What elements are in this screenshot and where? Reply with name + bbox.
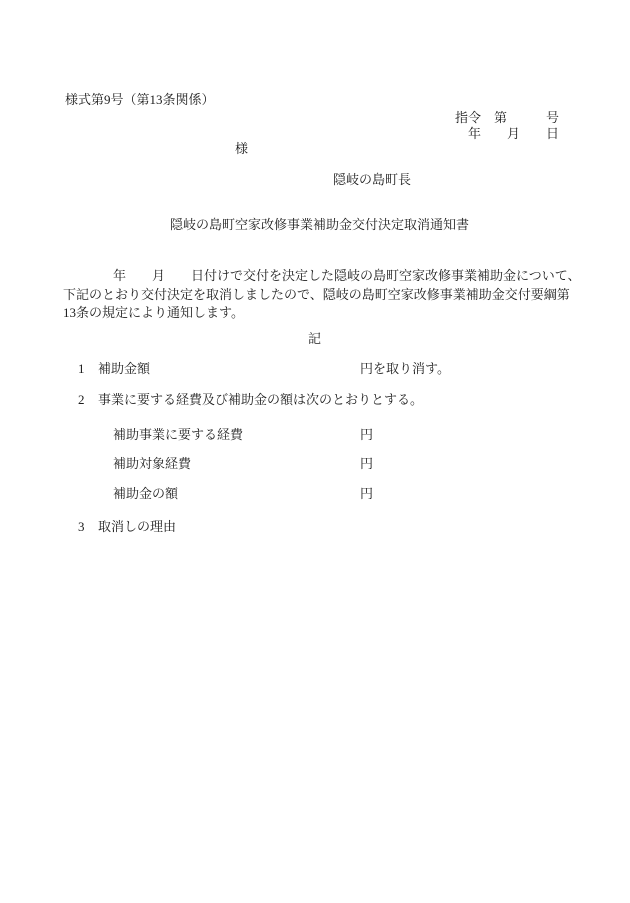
document-page: 様式第9号（第13条関係） 指令 第 号 年 月 日 様 隠岐の島町長 隠岐の島… xyxy=(0,0,630,903)
item-1-amount-suffix: 円を取り消す。 xyxy=(360,362,450,375)
expense-row-subsidy-amount: 補助金の額 円 xyxy=(0,487,630,502)
expense-row-yen-unit: 円 xyxy=(360,428,373,441)
body-paragraph-line-3: 13条の規定により通知します。 xyxy=(63,306,244,319)
expense-row-label: 補助対象経費 xyxy=(113,457,191,470)
expense-row-label: 補助事業に要する経費 xyxy=(113,428,243,441)
addressee-honorific: 様 xyxy=(235,142,248,155)
item-3-cancellation-reason: 3 取消しの理由 xyxy=(0,520,630,535)
body-paragraph-line-1: 年 月 日付けで交付を決定した隠岐の島町空家改修事業補助金について、 xyxy=(113,269,580,282)
sender-title: 隠岐の島町長 xyxy=(333,173,411,186)
item-2-number: 2 xyxy=(78,393,85,406)
item-3-label: 取消しの理由 xyxy=(98,520,176,533)
body-paragraph-line-2: 下記のとおり交付決定を取消しましたので、隠岐の島町空家改修事業補助金交付要綱第 xyxy=(63,288,570,301)
expense-row-yen-unit: 円 xyxy=(360,457,373,470)
expense-row-project-cost: 補助事業に要する経費 円 xyxy=(0,428,630,443)
item-2-expenses-heading: 2 事業に要する経費及び補助金の額は次のとおりとする。 xyxy=(0,393,630,408)
form-number: 様式第9号（第13条関係） xyxy=(65,93,215,106)
issue-date-line: 年 月 日 xyxy=(468,127,559,140)
item-2-label: 事業に要する経費及び補助金の額は次のとおりとする。 xyxy=(98,393,423,406)
expense-row-eligible-cost: 補助対象経費 円 xyxy=(0,457,630,472)
directive-number-line: 指令 第 号 xyxy=(455,111,559,124)
expense-row-label: 補助金の額 xyxy=(113,487,178,500)
item-1-subsidy-amount: 1 補助金額 円を取り消す。 xyxy=(0,362,630,377)
item-3-number: 3 xyxy=(78,520,85,533)
item-1-label: 補助金額 xyxy=(98,362,150,375)
record-marker: 記 xyxy=(308,332,321,345)
document-title: 隠岐の島町空家改修事業補助金交付決定取消通知書 xyxy=(170,218,469,231)
item-1-number: 1 xyxy=(78,362,85,375)
expense-row-yen-unit: 円 xyxy=(360,487,373,500)
